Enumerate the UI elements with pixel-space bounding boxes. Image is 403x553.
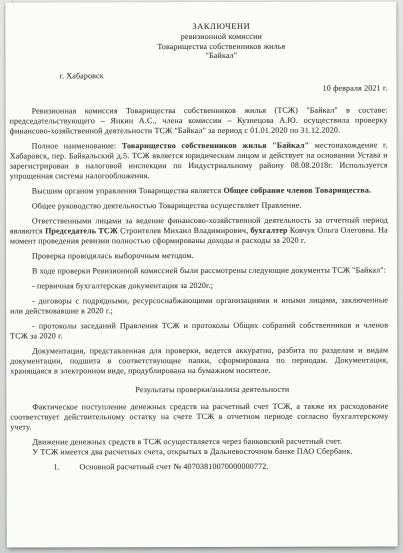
date-label: 10 февраля 2021 г. <box>10 84 388 95</box>
paragraph: - договоры с подрядными, ресурсоснабжающ… <box>10 296 388 317</box>
paragraph: Ответственными лицами за ведение финансо… <box>10 216 388 247</box>
text-run: Документация, представленная для проверк… <box>10 346 388 376</box>
text-run: Строителев Михаил Владимирович, <box>118 226 251 235</box>
text-run: Ревизионная комиссия Товарищества собств… <box>10 106 388 136</box>
text-run: бухгалтер <box>250 226 287 235</box>
paragraph: У ТСЖ имеется два расчетных счета, откры… <box>10 447 388 458</box>
document-content: ЗАКЛЮЧЕНИ ревизионной комиссии Товарищес… <box>9 22 388 473</box>
text-run: - договоры с подрядными, ресурсоснабжающ… <box>10 296 388 316</box>
text-run: Председатель ТСЖ <box>45 226 118 235</box>
text-run: Полное наименование: <box>32 141 122 150</box>
scan-background: ЗАКЛЮЧЕНИ ревизионной комиссии Товарищес… <box>0 0 403 553</box>
text-run: У ТСЖ имеется два расчетных счета, откры… <box>32 447 352 457</box>
paragraph: В ходе проверки Ревизионной комиссией бы… <box>10 266 388 277</box>
text-run: Фактическое поступление денежных средств… <box>10 402 388 432</box>
paragraphs: Ревизионная комиссия Товарищества собств… <box>10 106 389 473</box>
paragraph: Ревизионная комиссия Товарищества собств… <box>10 106 388 137</box>
text-run: - протоколы заседаний Правления ТСЖ и пр… <box>10 321 388 341</box>
list-number: 1. <box>53 463 79 473</box>
paragraph: 1.Основной расчетный счет № 407038100700… <box>53 462 388 473</box>
paragraph: Высшим органом управления Товарищества я… <box>10 186 388 197</box>
paragraph: - протоколы заседаний Правления ТСЖ и пр… <box>10 321 388 342</box>
paragraph: Общее руководство деятельностью Товарище… <box>10 201 388 212</box>
document-page: ЗАКЛЮЧЕНИ ревизионной комиссии Товарищес… <box>5 1 397 547</box>
section-heading: Результаты проверки/анализа деятельности <box>23 385 401 396</box>
title-line: "Байкал" <box>32 51 403 62</box>
text-run: Высшим органом управления Товарищества я… <box>32 186 224 196</box>
city-label: г. Хабаровск <box>59 71 387 82</box>
text-run: Основной расчетный счет № 40703810070000… <box>79 462 268 471</box>
document-title-block: ЗАКЛЮЧЕНИ ревизионной комиссии Товарищес… <box>32 21 403 61</box>
paragraph: - первичная бухгалтерская документация з… <box>10 281 388 292</box>
paragraph: Документация, представленная для проверк… <box>10 346 388 377</box>
text-run: Проверка проводилась выборочным методом. <box>32 251 194 260</box>
text-run: Товарищество собственников жилья "Байкал… <box>122 141 309 150</box>
text-run: Общее собрание членов Товарищества. <box>223 186 371 195</box>
paragraph: Полное наименование: Товарищество собств… <box>10 141 388 182</box>
text-run: Общее руководство деятельностью Товарище… <box>32 201 302 211</box>
paragraph: Проверка проводилась выборочным методом. <box>10 251 388 262</box>
text-run: Движение денежных средств в ТСЖ осуществ… <box>32 437 342 447</box>
text-run: В ходе проверки Ревизионной комиссией бы… <box>32 266 386 276</box>
paragraph: Фактическое поступление денежных средств… <box>10 402 388 433</box>
text-run: - первичная бухгалтерская документация з… <box>32 281 213 290</box>
text-run: Результаты проверки/анализа деятельности <box>135 385 289 394</box>
